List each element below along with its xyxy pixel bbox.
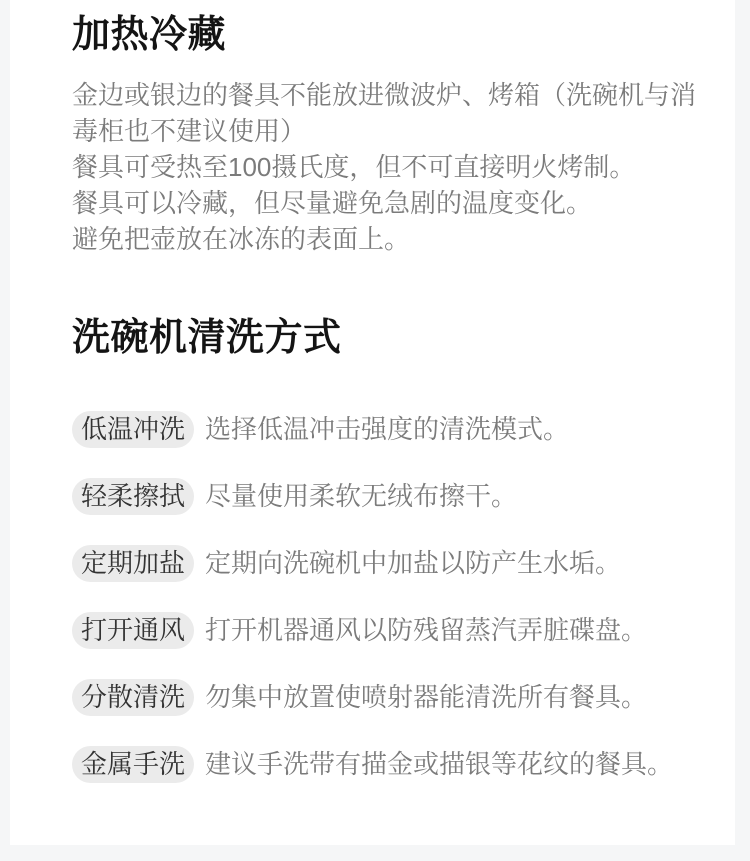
tip-row: 打开通风 打开机器通风以防残留蒸汽弄脏碟盘。 <box>72 612 705 649</box>
tip-description: 选择低温冲击强度的清洗模式。 <box>205 411 569 448</box>
tip-row: 分散清洗 勿集中放置使喷射器能清洗所有餐具。 <box>72 679 705 716</box>
paragraph-line: 餐具可受热至100摄氏度，但不可直接明火烤制。 <box>72 149 705 185</box>
tip-row: 低温冲洗 选择低温冲击强度的清洗模式。 <box>72 411 705 448</box>
tip-description: 定期向洗碗机中加盐以防产生水垢。 <box>205 545 621 582</box>
dishwasher-tip-list: 低温冲洗 选择低温冲击强度的清洗模式。 轻柔擦拭 尽量使用柔软无绒布擦干。 定期… <box>72 411 705 783</box>
tip-row: 金属手洗 建议手洗带有描金或描银等花纹的餐具。 <box>72 746 705 783</box>
tip-description: 勿集中放置使喷射器能清洗所有餐具。 <box>205 679 647 716</box>
tip-tag-open-ventilation: 打开通风 <box>72 612 194 649</box>
tip-row: 定期加盐 定期向洗碗机中加盐以防产生水垢。 <box>72 545 705 582</box>
tip-row: 轻柔擦拭 尽量使用柔软无绒布擦干。 <box>72 478 705 515</box>
tip-tag-spread-out-wash: 分散清洗 <box>72 679 194 716</box>
tip-tag-low-temp-rinse: 低温冲洗 <box>72 411 194 448</box>
paragraph-line: 餐具可以冷藏，但尽量避免急剧的温度变化。 <box>72 185 705 221</box>
tip-description: 尽量使用柔软无绒布擦干。 <box>205 478 517 515</box>
tip-tag-add-salt-regularly: 定期加盐 <box>72 545 194 582</box>
heading-heating-refrigeration: 加热冷藏 <box>72 9 705 62</box>
page-background: 加热冷藏 金边或银边的餐具不能放进微波炉、烤箱（洗碗机与消 毒柜也不建议使用） … <box>0 0 750 861</box>
paragraph-line: 避免把壶放在冰冻的表面上。 <box>72 221 705 257</box>
tip-description: 建议手洗带有描金或描银等花纹的餐具。 <box>205 746 673 783</box>
tip-tag-gentle-wipe: 轻柔擦拭 <box>72 478 194 515</box>
heading-dishwasher-cleaning: 洗碗机清洗方式 <box>72 312 705 365</box>
paragraph-line: 毒柜也不建议使用） <box>72 113 705 149</box>
bottom-divider-band <box>0 845 750 861</box>
heating-paragraph: 金边或银边的餐具不能放进微波炉、烤箱（洗碗机与消 毒柜也不建议使用） 餐具可受热… <box>72 77 705 257</box>
tip-tag-hand-wash-metallic: 金属手洗 <box>72 746 194 783</box>
paragraph-line: 金边或银边的餐具不能放进微波炉、烤箱（洗碗机与消 <box>72 77 705 113</box>
content-card: 加热冷藏 金边或银边的餐具不能放进微波炉、烤箱（洗碗机与消 毒柜也不建议使用） … <box>10 0 735 845</box>
tip-description: 打开机器通风以防残留蒸汽弄脏碟盘。 <box>205 612 647 649</box>
